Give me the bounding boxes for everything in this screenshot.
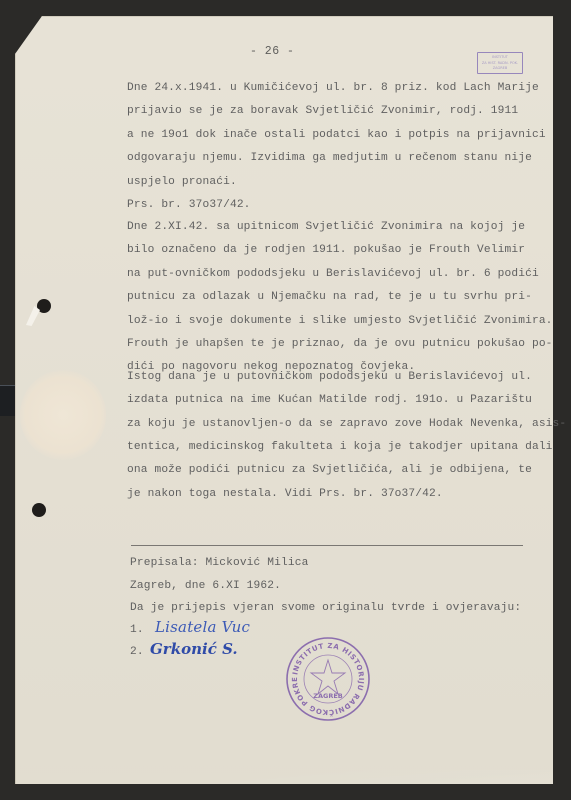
- body-line: ona može podići putnicu za Svjetličića, …: [127, 464, 532, 476]
- institute-seal-stamp: INSTITUT ZA HISTORIJU RADNIČKOG POKRETA …: [285, 636, 371, 722]
- archive-stamp-line: ZAGREB: [478, 66, 522, 72]
- transcribed-by: Prepisala: Micković Milica: [130, 557, 308, 569]
- body-line: izdata putnica na ime Kućan Matilde rodj…: [127, 394, 532, 406]
- body-line: putnicu za odlazak u Njemačku na rad, te…: [127, 291, 532, 303]
- body-line: Istog dana je u putovničkom pododsjeku u…: [127, 371, 532, 383]
- horizontal-rule: [131, 545, 523, 546]
- body-line: uspjelo pronaći.: [127, 176, 237, 188]
- body-line: Dne 24.x.1941. u Kumičićevoj ul. br. 8 p…: [127, 82, 539, 94]
- body-line: prijavio se je za boravak Svjetličić Zvo…: [127, 105, 518, 117]
- body-line: Prs. br. 37o37/42.: [127, 199, 251, 211]
- archive-stamp: INSTITUT ZA HIST. RADN. POK. ZAGREB: [477, 52, 523, 74]
- body-line: Frouth je uhapšen te je priznao, da je o…: [127, 338, 553, 350]
- body-line: odgovaraju njemu. Izvidima ga medjutim u…: [127, 152, 532, 164]
- page-number: - 26 -: [250, 45, 294, 58]
- signatory-number: 1.: [130, 624, 144, 636]
- body-line: tentica, medicinskog fakulteta i koja je…: [127, 441, 553, 453]
- body-line: lož-io i svoje dokumente i slike umjesto…: [127, 315, 553, 327]
- handwritten-signature: Grkonić S.: [150, 640, 238, 658]
- body-line: je nakon toga nestala. Vidi Prs. br. 37o…: [127, 488, 443, 500]
- body-line: na put-ovničkom pododsjeku u Berislaviće…: [127, 268, 539, 280]
- body-line: Dne 2.XI.42. sa upitnicom Svjetličić Zvo…: [127, 221, 525, 233]
- handwritten-signature: Lisatela Vuc: [155, 618, 250, 636]
- page-bottom-edge: [15, 770, 553, 784]
- body-line: bilo označeno da je rodjen 1911. pokušao…: [127, 244, 525, 256]
- paper-stain: [20, 370, 106, 460]
- seal-center-text: ZAGREB: [313, 692, 343, 700]
- body-line: a ne 19o1 dok inače ostali podatci kao i…: [127, 129, 546, 141]
- signatory-number: 2.: [130, 646, 144, 658]
- certification-statement: Da je prijepis vjeran svome originalu tv…: [130, 602, 521, 614]
- place-date: Zagreb, dne 6.XI 1962.: [130, 580, 281, 592]
- body-line: za koju je ustanovljen-o da se zapravo z…: [127, 418, 566, 430]
- scanner-backdrop-strip: [0, 385, 16, 416]
- punch-hole-bottom: [32, 503, 46, 517]
